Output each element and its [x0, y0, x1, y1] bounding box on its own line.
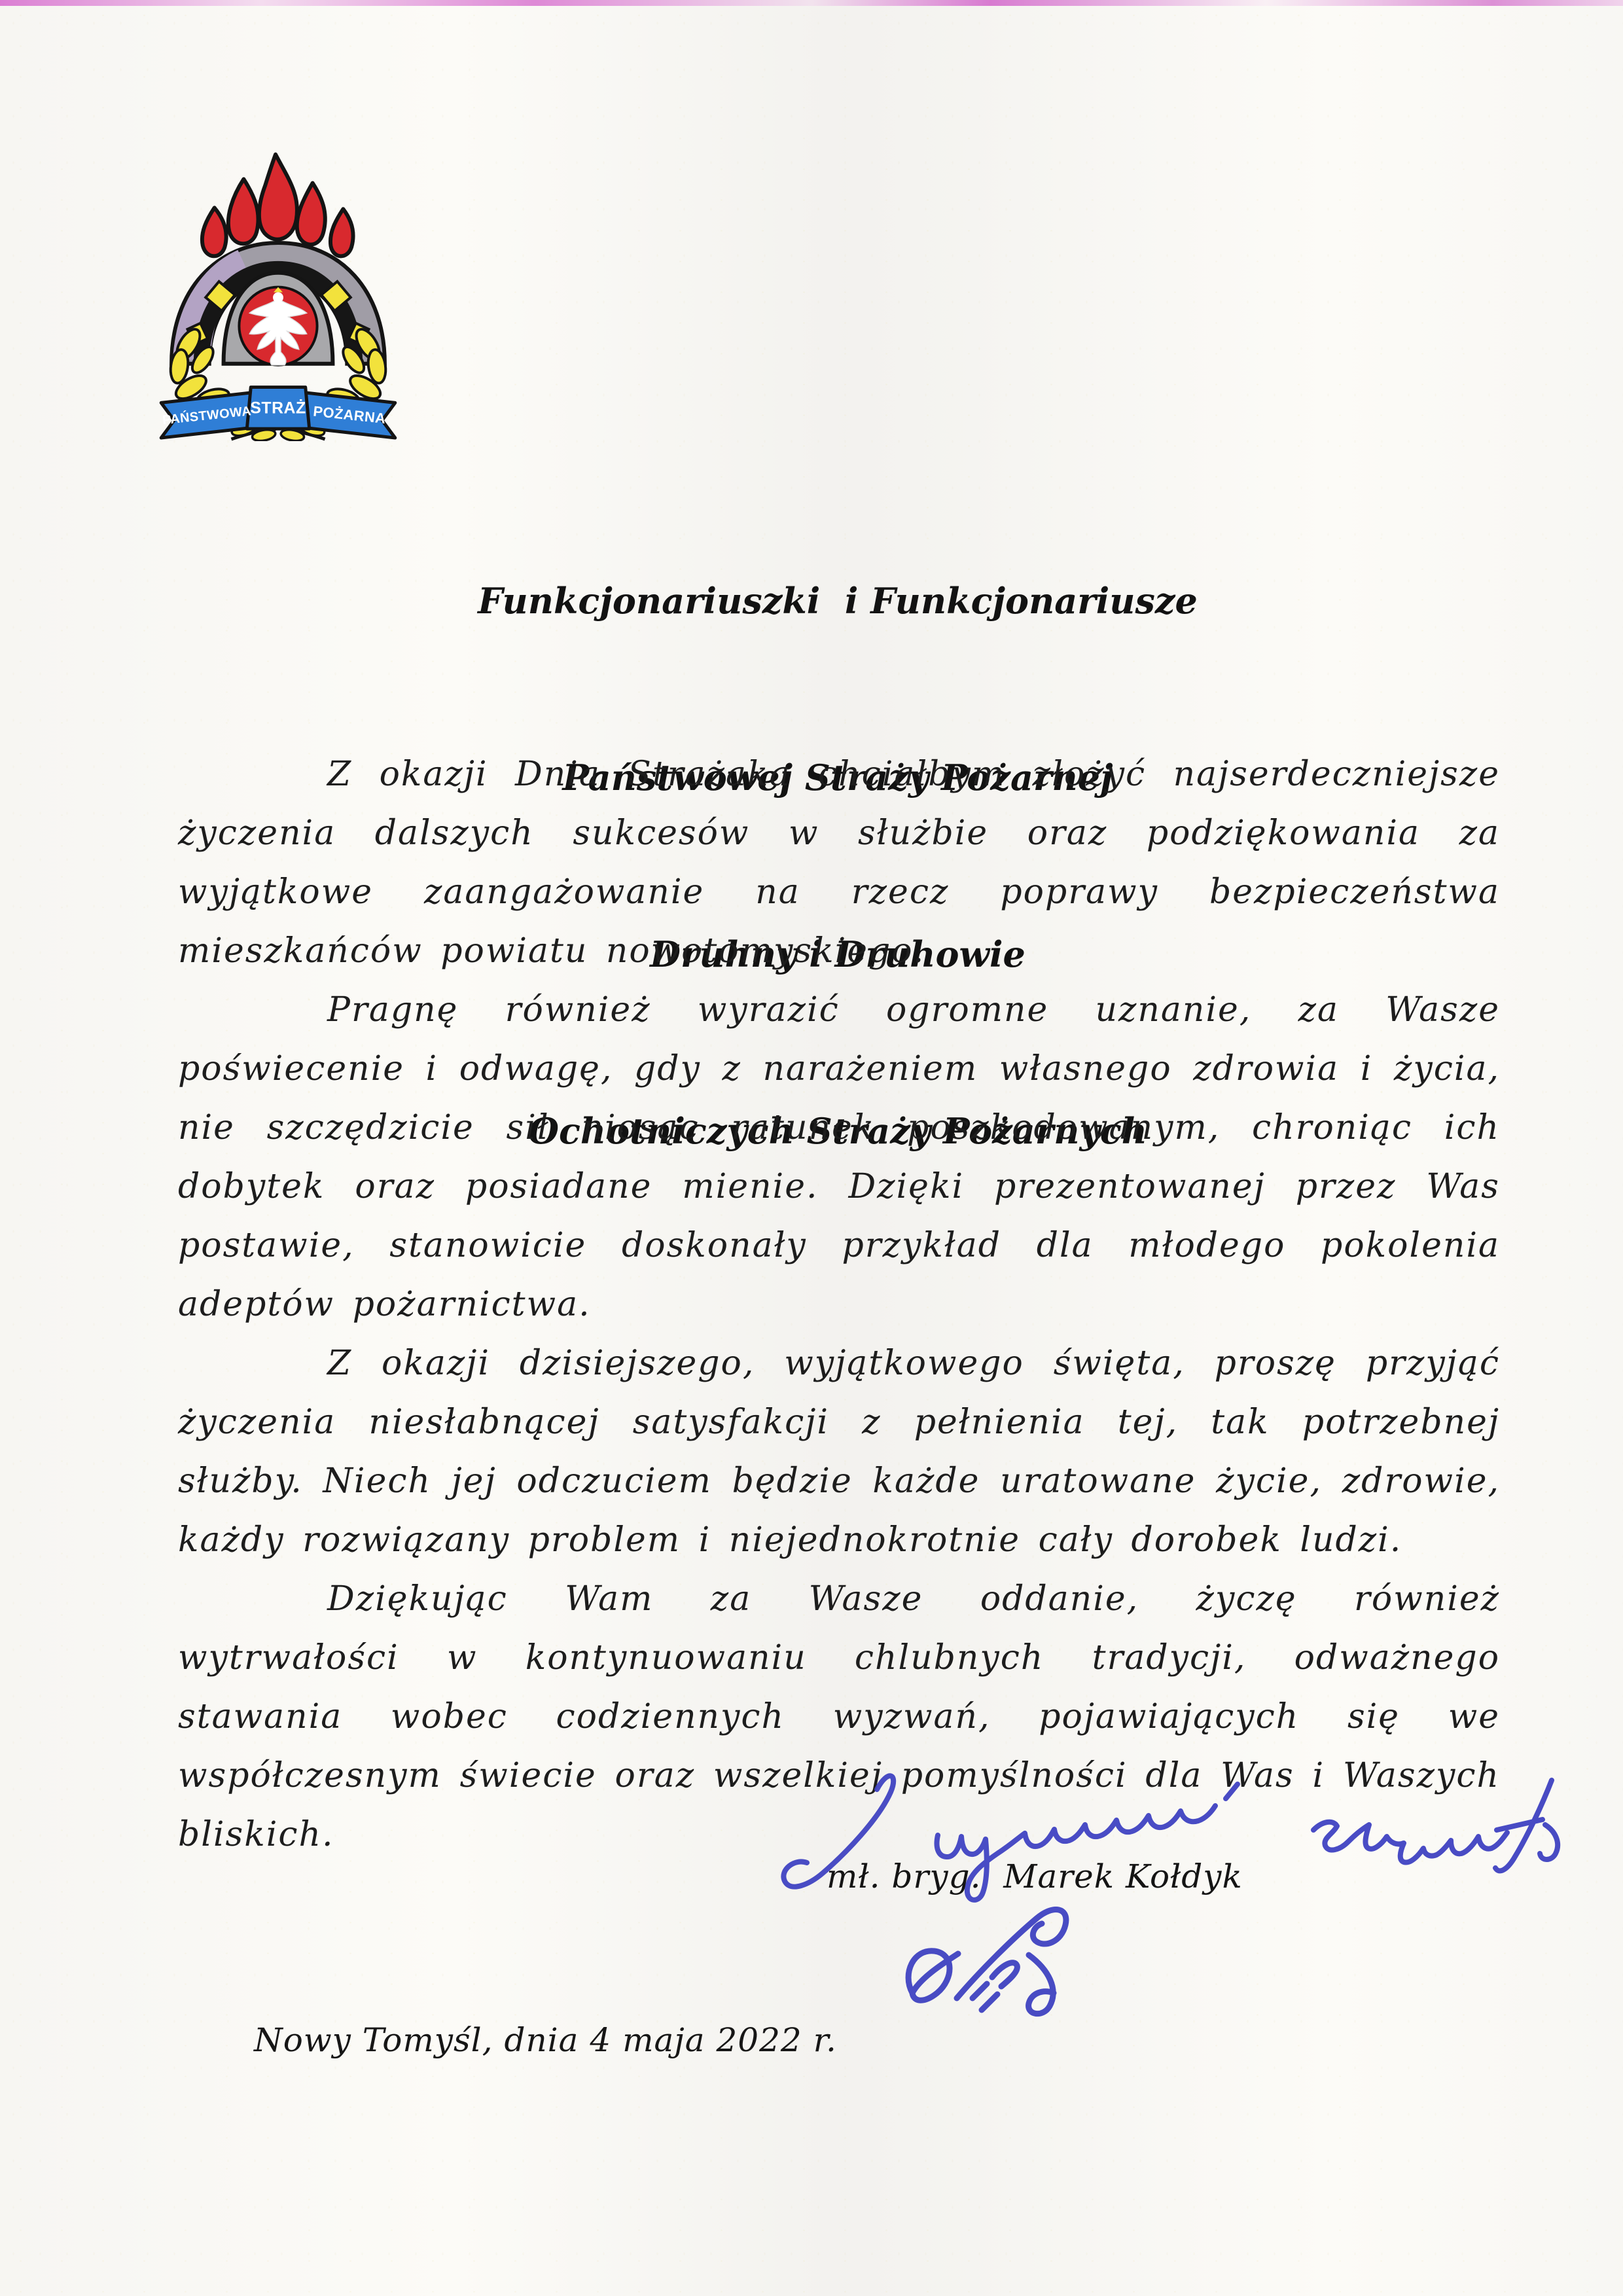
- body-paragraph: Z okazji Dnia Strażaka chciałbym złożyć …: [178, 745, 1500, 980]
- banner-word-straz: STRAŻ: [250, 399, 306, 417]
- heading-line: Funkcjonariuszki i Funkcjonariusze: [157, 571, 1518, 630]
- place-date-line: Nowy Tomyśl, dnia 4 maja 2022 r.: [254, 2021, 837, 2059]
- eagle-emblem-icon: [239, 287, 317, 365]
- body-paragraph: Pragnę również wyrazić ogromne uznanie, …: [178, 980, 1500, 1334]
- handwritten-signature: [894, 1893, 1105, 2034]
- signatory-line: mł. bryg. Marek Kołdyk: [827, 1857, 1243, 1895]
- scanned-letter-page: PAŃSTWOWA STRAŻ POŻARNA Funkcjonariuszki…: [0, 0, 1623, 2296]
- scanner-edge-artifact: [0, 0, 1623, 6]
- fire-service-emblem-logo: PAŃSTWOWA STRAŻ POŻARNA: [152, 145, 404, 441]
- body-paragraph: Z okazji dzisiejszego, wyjątkowego święt…: [178, 1334, 1500, 1570]
- letter-body: Z okazji Dnia Strażaka chciałbym złożyć …: [178, 745, 1500, 1864]
